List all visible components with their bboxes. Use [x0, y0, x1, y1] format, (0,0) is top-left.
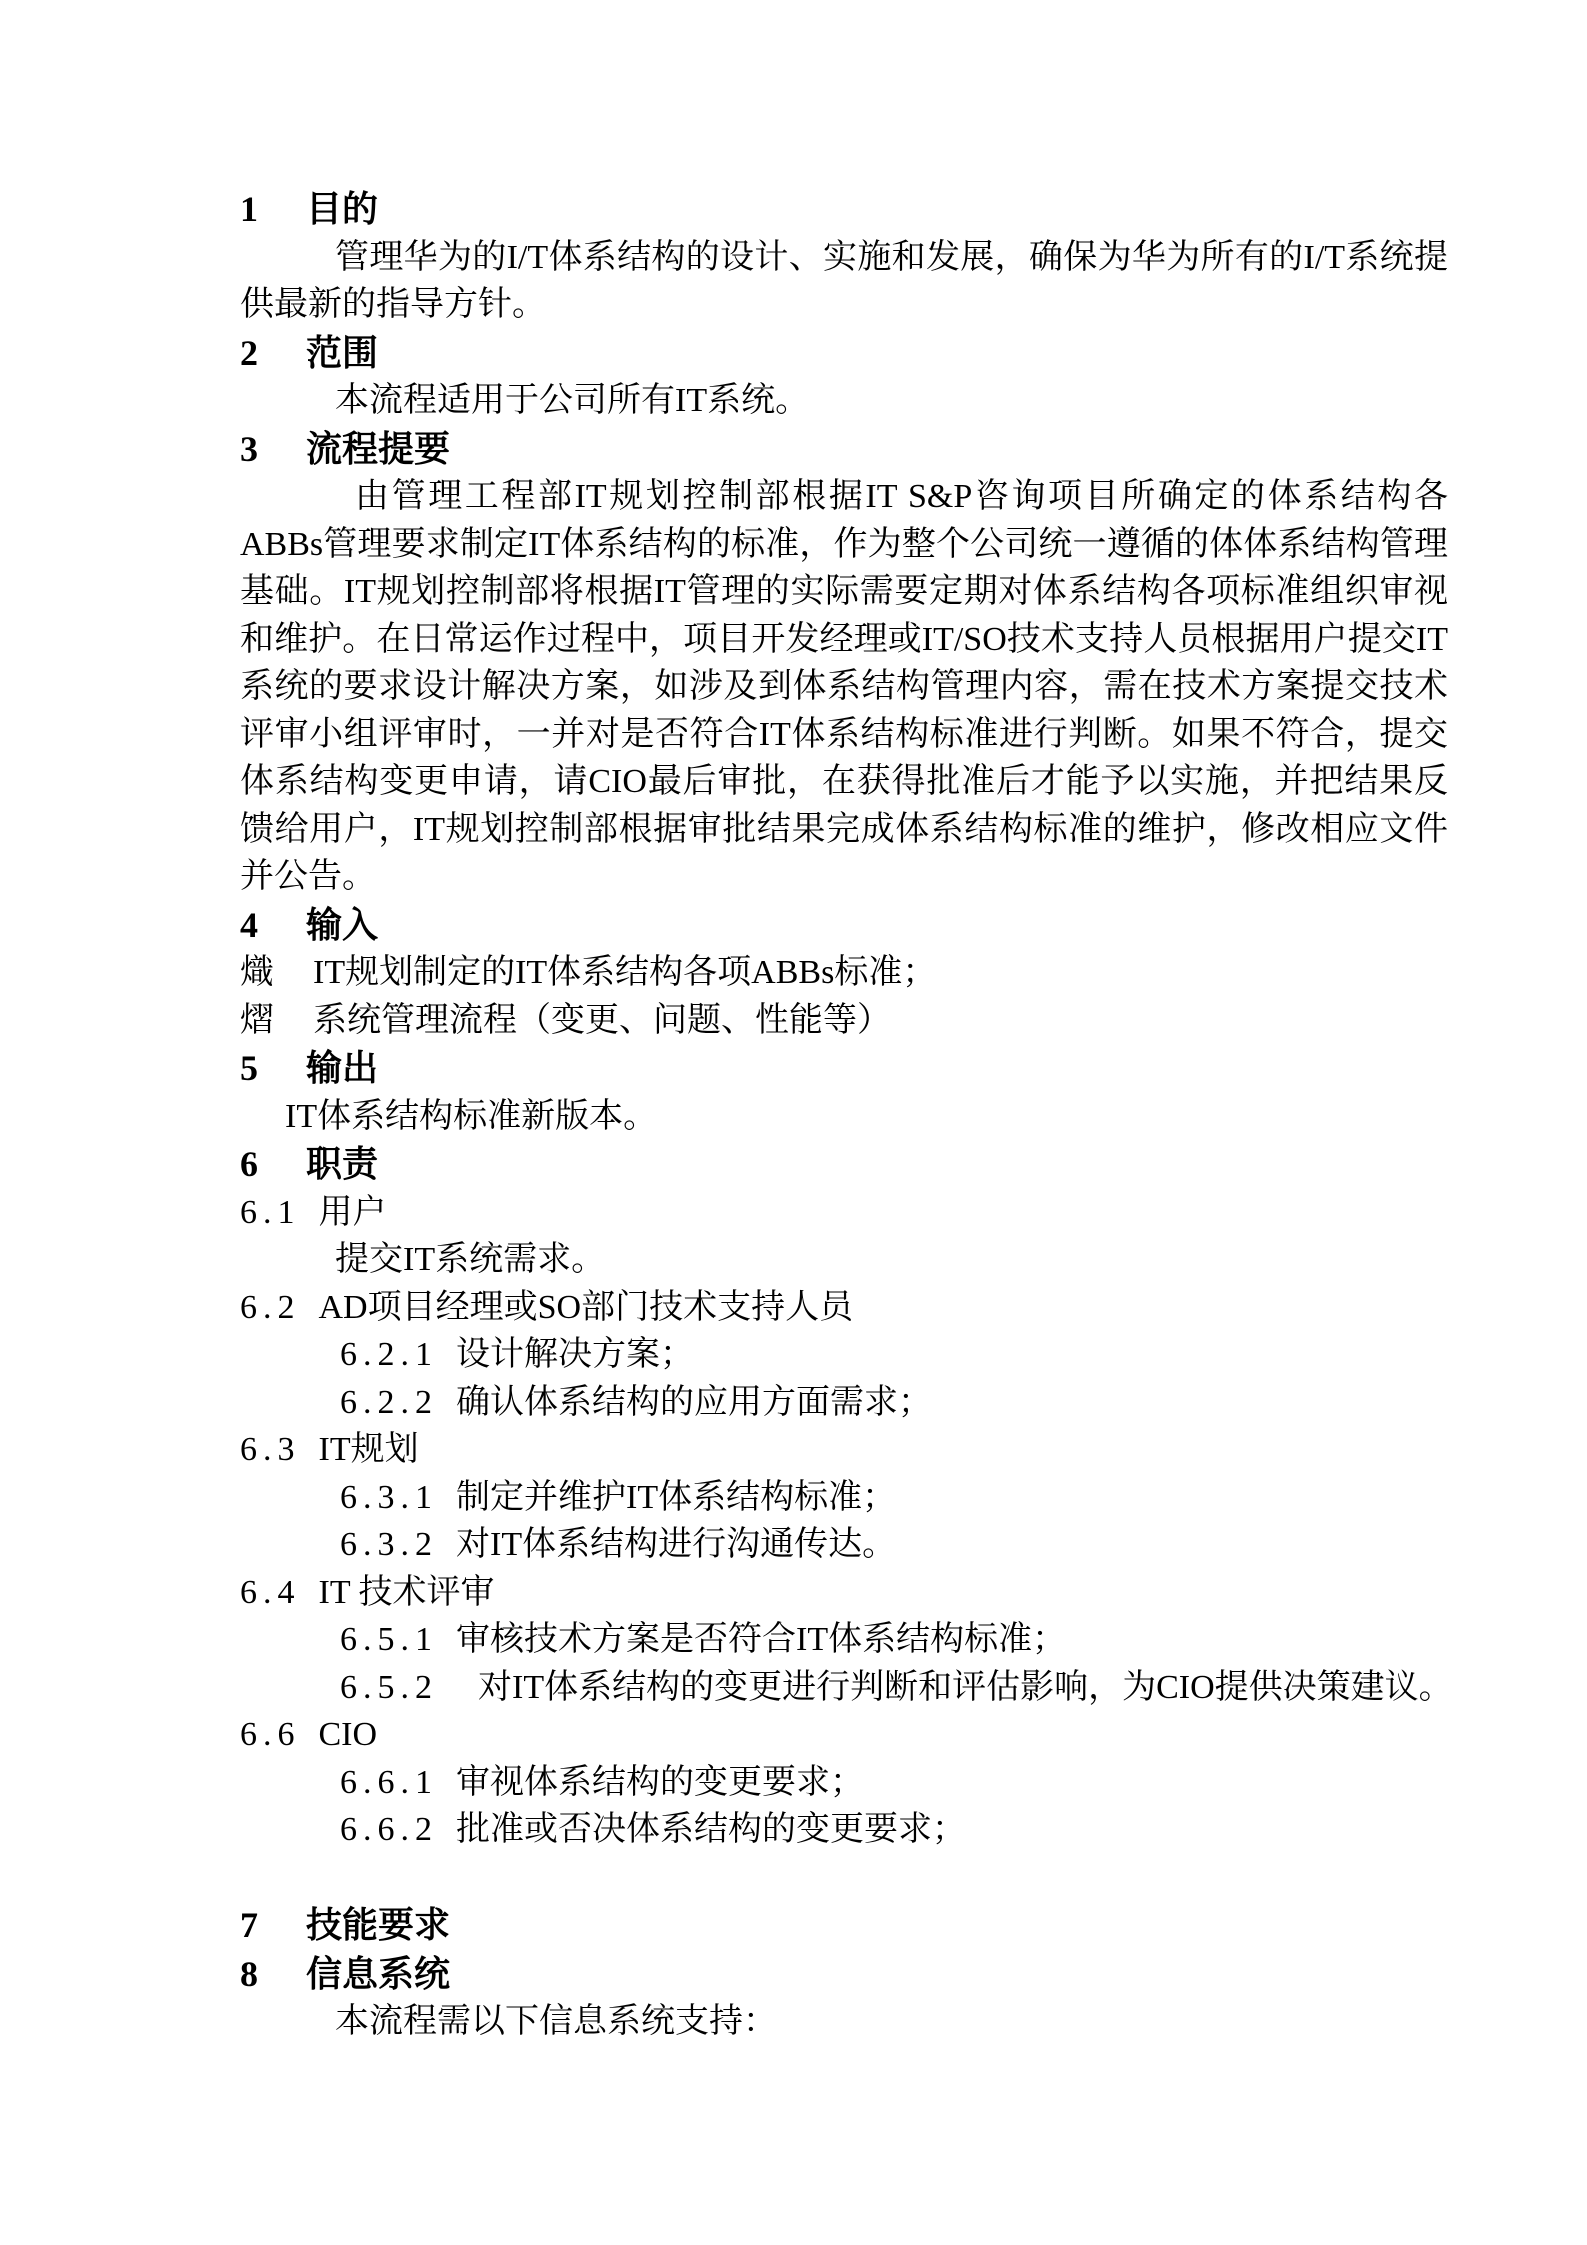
section-number: 4 [240, 902, 306, 950]
subitem-number: 6.2.1 [340, 1336, 438, 1373]
section-title: 范围 [306, 332, 378, 373]
section-number: 1 [240, 186, 306, 234]
subitem-text: 批准或否决体系结构的变更要求； [456, 1811, 966, 1848]
document-page: 1目的 管理华为的I/T体系结构的设计、实施和发展，确保为华为所有的I/T系统提… [0, 0, 1587, 2245]
section-title: 职责 [306, 1143, 378, 1184]
section-heading-purpose: 1目的 [240, 185, 1448, 234]
bullet-text: IT规划制定的IT体系结构各项ABBs标准； [313, 954, 936, 991]
section-number: 3 [240, 426, 306, 474]
bullet-marker: 熠 [240, 997, 313, 1045]
section-number: 7 [240, 1902, 306, 1950]
section-heading-process-summary: 3流程提要 [240, 425, 1448, 474]
responsibility-item: 6.6CIO [240, 1711, 1448, 1759]
item-number: 6.3 [240, 1431, 301, 1468]
subitem-number: 6.3.2 [340, 1526, 438, 1563]
item-label: IT规划 [319, 1431, 419, 1468]
section-title: 输出 [306, 1047, 378, 1088]
output-paragraph: IT体系结构标准新版本。 [240, 1093, 1448, 1141]
subitem-number: 6.2.2 [340, 1384, 438, 1421]
item-number: 6.1 [240, 1194, 301, 1231]
responsibility-subitem: 6.3.1制定并维护IT体系结构标准； [340, 1474, 1448, 1522]
section-heading-skill-requirements: 7技能要求 [240, 1901, 1448, 1950]
information-systems-paragraph: 本流程需以下信息系统支持： [240, 1998, 1448, 2046]
subitem-text: 对IT体系结构进行沟通传达。 [456, 1526, 896, 1563]
item-label: IT 技术评审 [319, 1574, 495, 1611]
responsibility-body: 提交IT系统需求。 [240, 1236, 1448, 1284]
item-label: AD项目经理或SO部门技术支持人员 [319, 1289, 854, 1326]
subitem-text: 审视体系结构的变更要求； [456, 1764, 864, 1801]
scope-paragraph: 本流程适用于公司所有IT系统。 [240, 377, 1448, 425]
subitem-number: 6.5.2 [340, 1669, 438, 1706]
section-heading-output: 5输出 [240, 1044, 1448, 1093]
section-number: 6 [240, 1141, 306, 1189]
section-number: 5 [240, 1045, 306, 1093]
item-label: CIO [319, 1716, 378, 1753]
input-bullet-item: 熠系统管理流程（变更、问题、性能等） [240, 997, 1448, 1045]
input-bullet-item: 熾IT规划制定的IT体系结构各项ABBs标准； [240, 949, 1448, 997]
bullet-text: 系统管理流程（变更、问题、性能等） [313, 1002, 891, 1039]
item-number: 6.6 [240, 1716, 301, 1753]
subitem-number: 6.3.1 [340, 1479, 438, 1516]
process-summary-paragraph: 由管理工程部IT规划控制部根据IT S&P咨询项目所确定的体系结构各ABBs管理… [240, 473, 1448, 901]
bullet-marker: 熾 [240, 949, 313, 997]
responsibility-subitem: 6.3.2对IT体系结构进行沟通传达。 [340, 1521, 1448, 1569]
section-heading-input: 4输入 [240, 901, 1448, 950]
subitem-text: 确认体系结构的应用方面需求； [456, 1384, 932, 1421]
responsibility-subitem: 6.6.2批准或否决体系结构的变更要求； [340, 1806, 1448, 1854]
responsibility-subitem: 6.5.2对IT体系结构的变更进行判断和评估影响，为CIO提供决策建议。 [340, 1664, 1448, 1712]
purpose-paragraph: 管理华为的I/T体系结构的设计、实施和发展，确保为华为所有的I/T系统提供最新的… [240, 234, 1448, 329]
responsibility-subitem: 6.6.1审视体系结构的变更要求； [340, 1759, 1448, 1807]
item-number: 6.4 [240, 1574, 301, 1611]
subitem-number: 6.6.1 [340, 1764, 438, 1801]
section-title: 信息系统 [306, 1953, 450, 1994]
responsibility-subitem: 6.2.2确认体系结构的应用方面需求； [340, 1379, 1448, 1427]
subitem-text: 制定并维护IT体系结构标准； [456, 1479, 896, 1516]
section-title: 目的 [306, 188, 378, 229]
responsibility-subitem: 6.5.1审核技术方案是否符合IT体系结构标准； [340, 1616, 1448, 1664]
responsibility-item: 6.2AD项目经理或SO部门技术支持人员 [240, 1284, 1448, 1332]
responsibility-item: 6.1用户 [240, 1189, 1448, 1237]
section-number: 8 [240, 1951, 306, 1999]
subitem-text: 设计解决方案； [456, 1336, 694, 1373]
section-title: 技能要求 [306, 1904, 450, 1945]
item-label: 用户 [319, 1194, 387, 1231]
section-number: 2 [240, 330, 306, 378]
section-title: 输入 [306, 904, 378, 945]
section-title: 流程提要 [306, 428, 450, 469]
subitem-number: 6.6.2 [340, 1811, 438, 1848]
subitem-number: 6.5.1 [340, 1621, 438, 1658]
responsibility-item: 6.3IT规划 [240, 1426, 1448, 1474]
responsibility-item: 6.4IT 技术评审 [240, 1569, 1448, 1617]
section-heading-scope: 2范围 [240, 329, 1448, 378]
subitem-text: 对IT体系结构的变更进行判断和评估影响，为CIO提供决策建议。 [478, 1669, 1453, 1706]
section-heading-responsibilities: 6职责 [240, 1140, 1448, 1189]
subitem-text: 审核技术方案是否符合IT体系结构标准； [456, 1621, 1066, 1658]
item-number: 6.2 [240, 1289, 301, 1326]
section-heading-information-systems: 8信息系统 [240, 1950, 1448, 1999]
responsibility-subitem: 6.2.1设计解决方案； [340, 1331, 1448, 1379]
